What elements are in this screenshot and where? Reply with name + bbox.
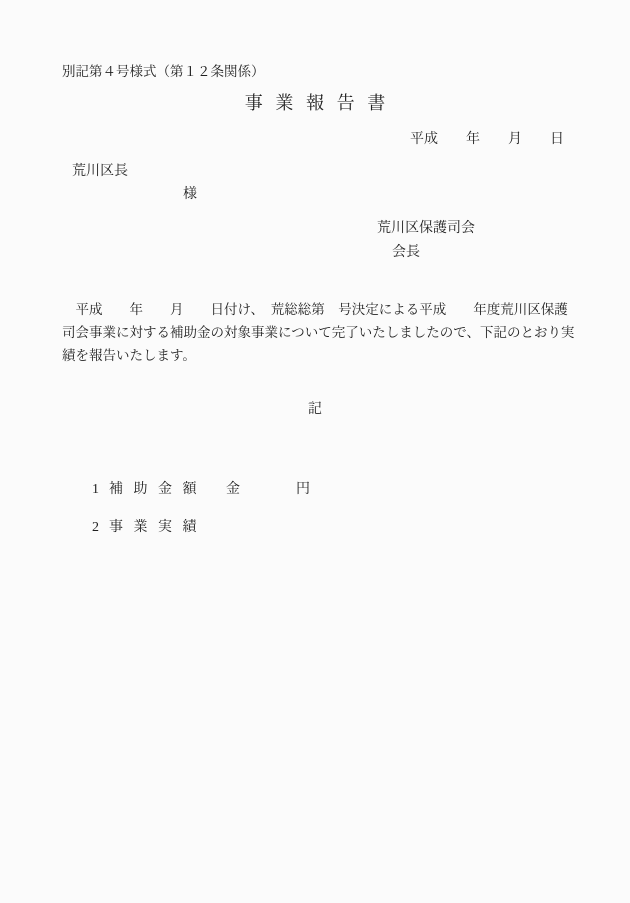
- document-title: 事業報告書: [0, 90, 630, 116]
- item-label: 事業実績: [109, 518, 207, 538]
- sender-organization: 荒川区保護司会: [377, 219, 475, 239]
- addressee-honorific: 様: [183, 185, 197, 205]
- document-page: 別記第４号様式（第１２条関係） 事業報告書 平成 年 月 日 荒川区長 様 荒川…: [0, 0, 630, 903]
- sender-title: 会長: [392, 243, 420, 263]
- date-line: 平成 年 月 日: [0, 130, 564, 150]
- item-business-results: 2事業実績: [78, 498, 207, 558]
- addressee-name: 荒川区長: [72, 162, 128, 182]
- form-number-label: 別記第４号様式（第１２条関係）: [62, 62, 265, 82]
- item-label: 補助金額: [109, 480, 207, 500]
- item-value: 金 円: [226, 480, 310, 500]
- body-paragraph: 平成 年 月 日付け、 荒総総第 号決定による平成 年度荒川区保護司会事業に対す…: [62, 298, 578, 367]
- item-number: 1: [92, 480, 99, 500]
- item-number: 2: [92, 518, 99, 538]
- record-heading: 記: [0, 400, 630, 420]
